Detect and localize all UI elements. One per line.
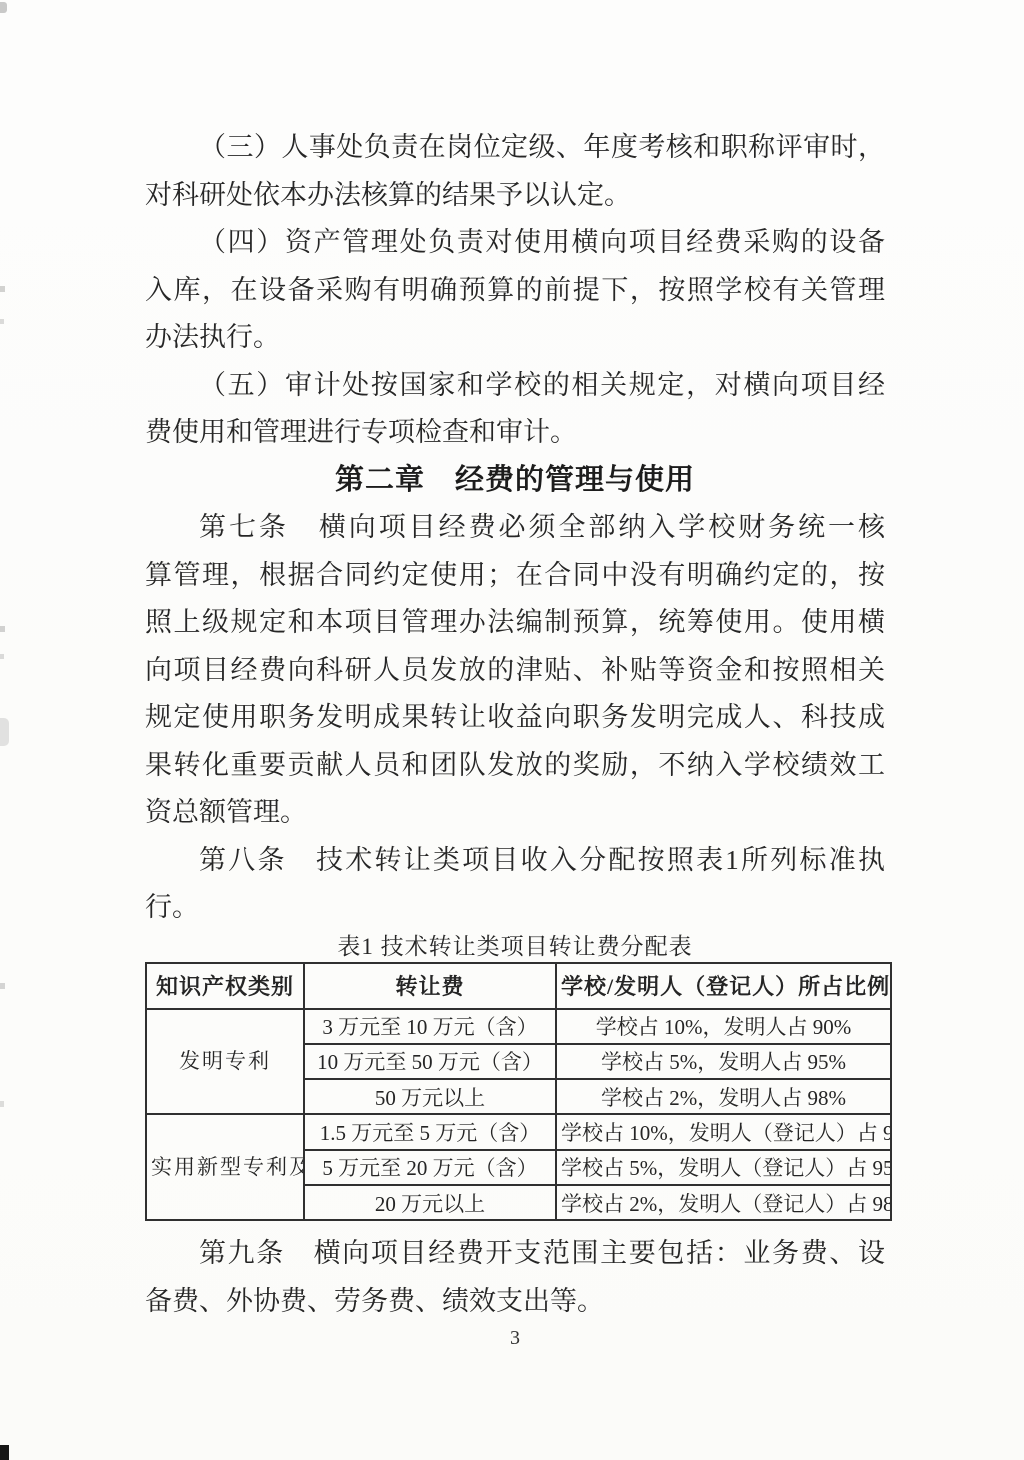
text-line: （三）人事处负责在岗位定级、年度考核和职称评审时， (145, 124, 885, 172)
table-caption: 表1 技术转让类项目转让费分配表 (145, 932, 885, 962)
ratio-cell: 学校占 10%，发明人（登记人）占 90% (556, 1114, 891, 1149)
page-content: （三）人事处负责在岗位定级、年度考核和职称评审时， 对科研处依本办法核算的结果予… (145, 124, 885, 1351)
text-line: 算管理，根据合同约定使用；在合同中没有明确约定的，按 (145, 552, 885, 600)
table-row: 实用新型专利及软件著作权 1.5 万元至 5 万元（含） 学校占 10%，发明人… (146, 1114, 891, 1149)
ratio-cell: 学校占 2%，发明人占 98% (556, 1079, 891, 1114)
category-cell: 发明专利 (146, 1009, 304, 1115)
ratio-cell: 学校占 5%，发明人（登记人）占 95% (556, 1150, 891, 1185)
page-number: 3 (145, 1325, 885, 1351)
scan-artifact (0, 983, 5, 989)
text-line: 照上级规定和本项目管理办法编制预算，统筹使用。使用横 (145, 599, 885, 647)
allocation-table: 知识产权类别 转让费 学校/发明人（登记人）所占比例 发明专利 3 万元至 10… (145, 962, 892, 1222)
category-cell: 实用新型专利及软件著作权 (146, 1114, 304, 1220)
header-share-ratio: 学校/发明人（登记人）所占比例 (556, 963, 891, 1009)
fee-cell: 1.5 万元至 5 万元（含） (304, 1114, 556, 1149)
text-line: （四）资产管理处负责对使用横向项目经费采购的设备 (145, 219, 885, 267)
scan-artifact (0, 626, 5, 632)
text-line: 第七条 横向项目经费必须全部纳入学校财务统一核 (145, 504, 885, 552)
scan-artifact (0, 319, 4, 324)
text-line: 果转化重要贡献人员和团队发放的奖励，不纳入学校绩效工 (145, 742, 885, 790)
fee-cell: 20 万元以上 (304, 1185, 556, 1220)
fee-cell: 10 万元至 50 万元（含） (304, 1044, 556, 1079)
fee-cell: 5 万元至 20 万元（含） (304, 1150, 556, 1185)
scan-artifact (0, 1101, 4, 1107)
ratio-cell: 学校占 5%，发明人占 95% (556, 1044, 891, 1079)
text-line: 行。 (145, 884, 885, 932)
scan-artifact (0, 286, 5, 292)
document-page: （三）人事处负责在岗位定级、年度考核和职称评审时， 对科研处依本办法核算的结果予… (0, 0, 1024, 1460)
header-ip-category: 知识产权类别 (146, 963, 304, 1009)
text-line: 第九条 横向项目经费开支范围主要包括：业务费、设 (145, 1230, 885, 1278)
text-line: 办法执行。 (145, 314, 885, 362)
table-row: 发明专利 3 万元至 10 万元（含） 学校占 10%，发明人占 90% (146, 1009, 891, 1044)
fee-cell: 50 万元以上 (304, 1079, 556, 1114)
text-line: 向项目经费向科研人员发放的津贴、补贴等资金和按照相关 (145, 647, 885, 695)
text-line: 第八条 技术转让类项目收入分配按照表1所列标准执 (145, 837, 885, 885)
text-line: 资总额管理。 (145, 789, 885, 837)
text-line: 入库，在设备采购有明确预算的前提下，按照学校有关管理 (145, 267, 885, 315)
scan-artifact (0, 654, 4, 659)
text-line: 规定使用职务发明成果转让收益向职务发明完成人、科技成 (145, 694, 885, 742)
text-line: （五）审计处按国家和学校的相关规定，对横向项目经 (145, 362, 885, 410)
text-line: 备费、外协费、劳务费、绩效支出等。 (145, 1278, 885, 1326)
ratio-cell: 学校占 10%，发明人占 90% (556, 1009, 891, 1044)
table-header-row: 知识产权类别 转让费 学校/发明人（登记人）所占比例 (146, 963, 891, 1009)
scan-artifact (0, 2, 7, 13)
ratio-cell: 学校占 2%，发明人（登记人）占 98% (556, 1185, 891, 1220)
scan-artifact (0, 1445, 9, 1460)
chapter-heading: 第二章 经费的管理与使用 (145, 457, 885, 505)
text-line: 费使用和管理进行专项检查和审计。 (145, 409, 885, 457)
fee-cell: 3 万元至 10 万元（含） (304, 1009, 556, 1044)
text-line: 对科研处依本办法核算的结果予以认定。 (145, 172, 885, 220)
scan-artifact (0, 718, 9, 746)
header-transfer-fee: 转让费 (304, 963, 556, 1009)
